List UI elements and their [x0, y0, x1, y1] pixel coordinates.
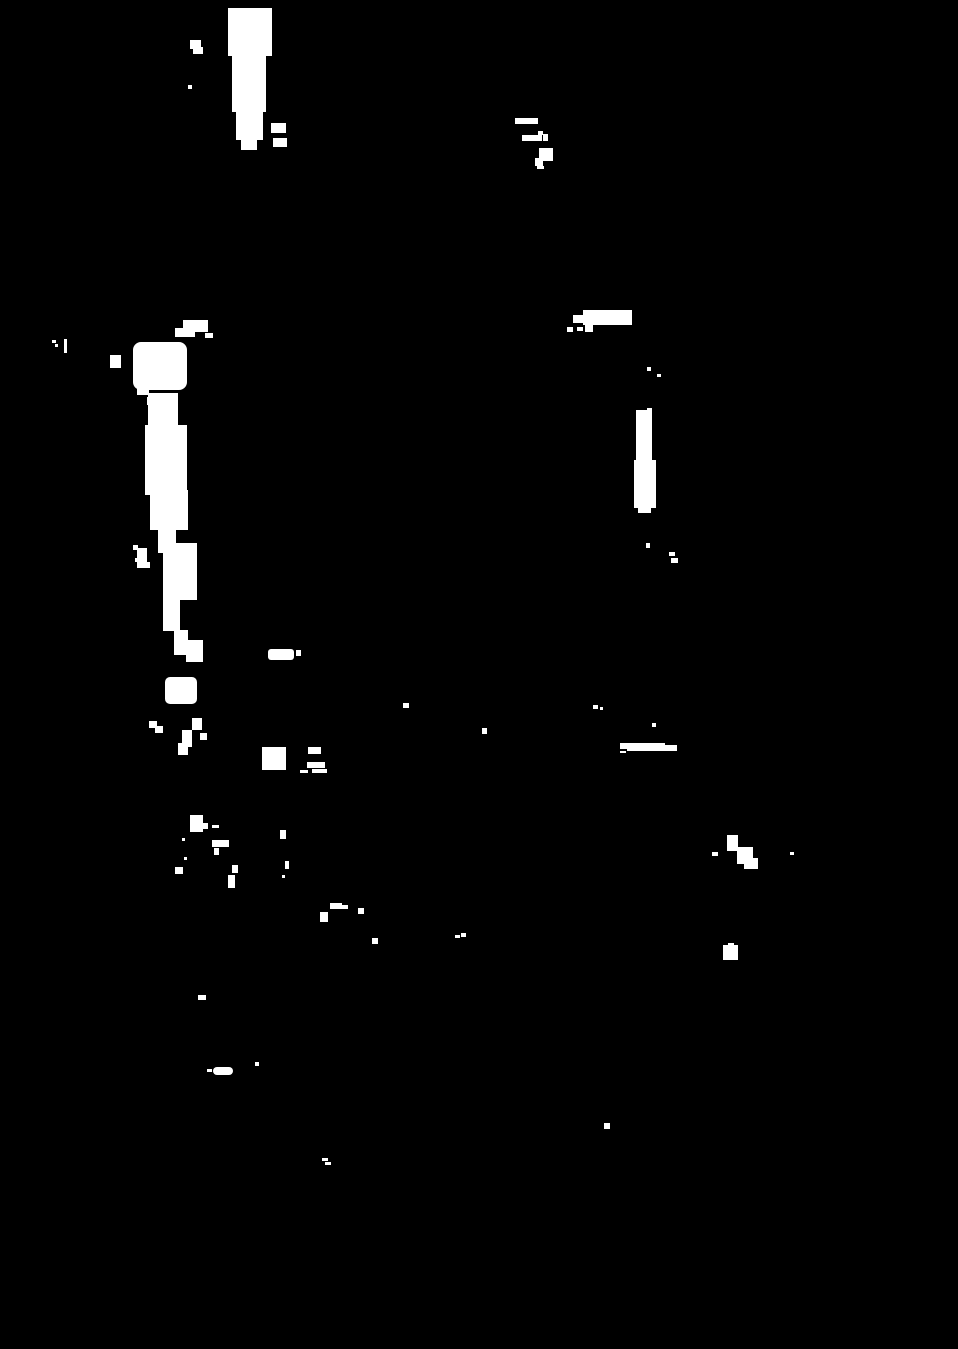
bottom-small-marks-white-blob — [322, 1158, 328, 1161]
bottom-center-marks-white-blob — [652, 723, 656, 727]
right-area-specks-white-blob — [671, 558, 678, 563]
central-vertical-band-white-blob — [150, 490, 188, 530]
bottom-horizontal-streak-white-blob — [627, 743, 665, 751]
scattered-specks-white-blob — [330, 903, 342, 909]
central-vertical-band-white-blob — [155, 726, 163, 733]
mid-left-cluster-white-blob — [308, 747, 321, 754]
right-vertical-blob-white-blob — [636, 410, 652, 465]
right-rectangle-blob-white-blob — [577, 327, 583, 331]
central-vertical-band-white-blob — [192, 718, 202, 730]
scattered-specks-white-blob — [342, 905, 348, 909]
right-area-specks-white-blob — [647, 367, 651, 371]
mid-left-cluster-white-blob — [262, 747, 286, 770]
right-vertical-blob-white-blob — [647, 408, 652, 414]
bottom-left-capsule-white-blob — [255, 1062, 259, 1066]
bottom-horizontal-streak-white-blob — [620, 751, 626, 753]
scattered-specks-white-blob — [372, 938, 378, 944]
bottom-small-marks-white-blob — [325, 1162, 331, 1165]
right-lower-cluster-white-blob — [712, 852, 718, 856]
column-side-blobs-white-blob — [193, 47, 203, 54]
bottom-small-marks-white-blob — [604, 1123, 610, 1129]
binarized-photo-canvas — [0, 0, 958, 1349]
center-lower-cluster-white-blob — [214, 848, 219, 855]
center-lower-cluster-white-blob — [182, 838, 185, 841]
right-lower-cluster-white-blob — [790, 852, 794, 855]
right-lower-cluster-white-blob — [723, 945, 738, 960]
center-lower-cluster-white-blob — [280, 830, 286, 839]
right-rectangle-blob-white-blob — [585, 325, 593, 332]
mid-horizontal-streak-white-blob — [296, 650, 301, 656]
center-lower-cluster-white-blob — [228, 875, 235, 888]
scattered-specks-white-blob — [455, 935, 460, 938]
bottom-center-marks-white-blob — [600, 707, 603, 710]
bright-column-top-white-blob — [228, 8, 272, 56]
scattered-specks-white-blob — [403, 703, 409, 708]
central-vertical-band-white-blob — [165, 677, 197, 704]
large-rounded-blob-white-blob — [133, 342, 187, 390]
left-edge-specks-white-blob — [64, 339, 67, 353]
right-area-specks-white-blob — [669, 552, 675, 556]
central-vertical-band-white-blob — [186, 640, 203, 662]
right-vertical-blob-white-blob — [638, 505, 651, 513]
right-lower-cluster-white-blob — [728, 943, 734, 947]
bright-column-top-white-blob — [241, 138, 257, 150]
mid-left-cluster-white-blob — [312, 769, 327, 773]
scattered-specks-white-blob — [198, 995, 206, 1000]
band-left-specks-white-blob — [133, 545, 138, 550]
mid-horizontal-streak-white-blob — [268, 649, 294, 660]
bright-column-top-white-blob — [236, 108, 263, 140]
central-vertical-band-white-blob — [163, 543, 197, 600]
band-left-specks-white-blob — [139, 549, 143, 553]
column-side-blobs-white-blob — [271, 123, 286, 133]
left-edge-specks-white-blob — [52, 340, 56, 343]
right-rectangle-blob-white-blob — [573, 315, 583, 323]
band-left-specks-white-blob — [145, 562, 150, 568]
center-lower-cluster-white-blob — [212, 825, 219, 828]
small-blob-above-head-white-blob — [205, 333, 213, 338]
upper-right-dashes-white-blob — [538, 131, 543, 135]
scattered-specks-white-blob — [320, 912, 328, 922]
center-lower-cluster-white-blob — [202, 823, 208, 829]
bright-column-top-white-blob — [232, 50, 266, 112]
scattered-specks-white-blob — [461, 933, 466, 937]
band-left-specks-white-blob — [135, 558, 139, 562]
upper-right-dashes-white-blob — [535, 158, 543, 166]
center-lower-cluster-white-blob — [282, 875, 285, 878]
central-vertical-band-white-blob — [163, 598, 180, 631]
right-area-specks-white-blob — [657, 374, 661, 377]
bottom-horizontal-streak-white-blob — [664, 745, 677, 751]
upper-right-dashes-white-blob — [537, 166, 544, 169]
column-side-blobs-white-blob — [188, 85, 192, 89]
central-vertical-band-white-blob — [200, 733, 207, 740]
right-rectangle-blob-white-blob — [583, 310, 632, 325]
central-vertical-band-white-blob — [178, 743, 188, 755]
center-lower-cluster-white-blob — [285, 861, 289, 869]
bottom-left-capsule-white-blob — [207, 1069, 212, 1072]
mid-left-cluster-white-blob — [307, 762, 325, 768]
right-vertical-blob-white-blob — [634, 460, 656, 508]
left-edge-specks-white-blob — [55, 344, 58, 347]
central-vertical-band-white-blob — [145, 425, 187, 495]
bottom-left-capsule-white-blob — [213, 1067, 233, 1075]
left-edge-specks-white-blob — [110, 355, 121, 368]
right-lower-cluster-white-blob — [744, 858, 758, 869]
scattered-specks-white-blob — [358, 908, 364, 914]
center-lower-cluster-white-blob — [232, 865, 238, 873]
mid-left-cluster-white-blob — [300, 770, 308, 773]
upper-right-dashes-white-blob — [543, 134, 548, 141]
small-blob-above-head-white-blob — [175, 328, 195, 337]
right-rectangle-blob-white-blob — [567, 327, 573, 332]
center-lower-cluster-white-blob — [184, 857, 187, 860]
upper-right-dashes-white-blob — [515, 118, 538, 124]
center-lower-cluster-white-blob — [212, 840, 229, 847]
center-lower-cluster-white-blob — [175, 867, 183, 874]
right-area-specks-white-blob — [646, 543, 650, 548]
bottom-center-marks-white-blob — [593, 705, 598, 709]
column-side-blobs-white-blob — [273, 138, 287, 147]
bottom-center-marks-white-blob — [482, 728, 487, 734]
upper-right-dashes-white-blob — [522, 135, 542, 141]
